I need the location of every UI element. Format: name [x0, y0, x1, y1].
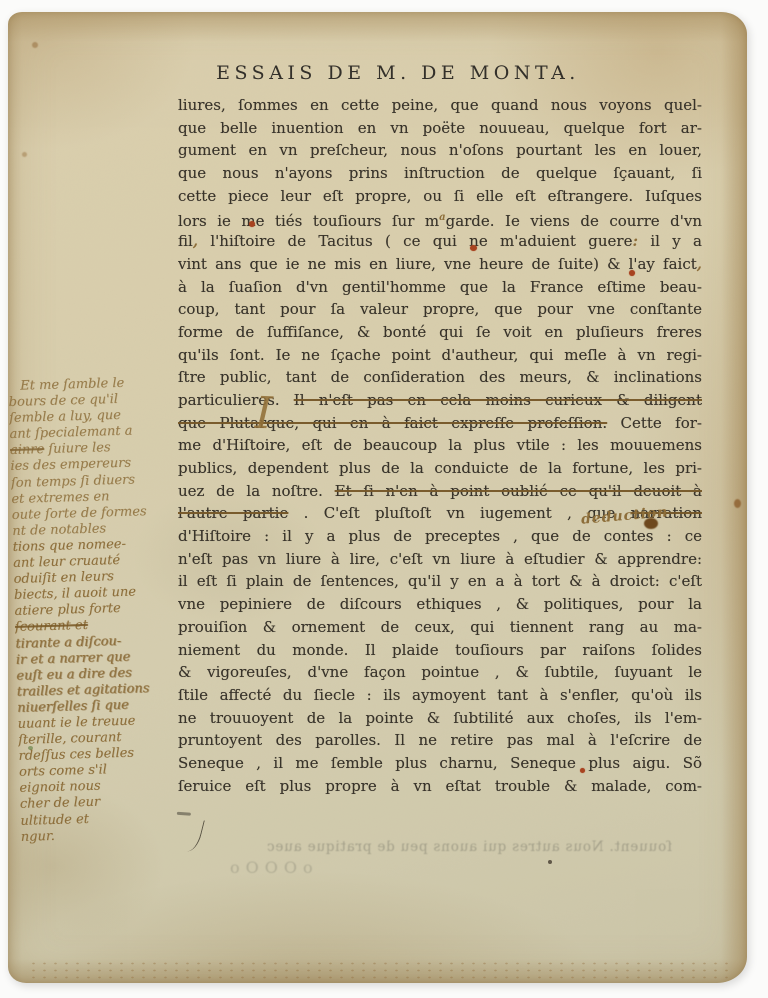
text-segment: liures, ſommes en cette peine, que quand… — [178, 96, 702, 114]
text-segment: à la ſuaſion d'vn gentil'homme que la Fr… — [178, 278, 702, 296]
text-segment: qu'ils ſont. Ie ne ſçache point d'autheu… — [178, 346, 702, 364]
handwritten-initial-insertion: I — [254, 392, 273, 437]
book-page: ESSAIS DE M. DE MONTA. liures, ſommes en… — [8, 12, 747, 983]
text-segment: rdeſſus ces belles — [18, 746, 134, 764]
print-line: n'eſt pas vn liure à lire, c'eſt vn liur… — [178, 548, 702, 571]
print-line: Seneque , il me ſemble plus charnu, Sene… — [178, 752, 702, 775]
verso-bleedthrough-ornament: oOOOo — [224, 858, 313, 877]
print-line: que nous n'ayons prins inſtruction de qu… — [178, 162, 702, 185]
print-line: fil, l'hiſtoire de Tacitus ( ce qui ne m… — [178, 230, 702, 253]
text-segment: il eſt ſi plain de ſentences, qu'il y en… — [178, 572, 702, 590]
print-line: liures, ſommes en cette peine, que quand… — [178, 94, 702, 117]
print-line: d'Hiſtoire : il y a plus de preceptes , … — [178, 525, 702, 548]
text-segment: prouiſion & ornement de ceux, qui tienne… — [178, 618, 702, 636]
print-line: niement du monde. Il plaide touſiours pa… — [178, 639, 702, 662]
red-ink-dot — [629, 270, 635, 276]
text-segment: ſtile affecté du ſiecle : ils aymoyent t… — [178, 686, 702, 704]
print-line: lors ie me tiés touſiours ſur magarde. I… — [178, 207, 702, 230]
text-segment: cher de leur — [20, 795, 101, 812]
verso-bleedthrough-text: ſouuent. Nous autres qui auons peu de pr… — [148, 839, 672, 855]
struck-text: ſcourant et — [15, 618, 88, 635]
text-segment: niuerſelles ſi que — [17, 698, 129, 716]
text-segment: atiere plus forte — [14, 601, 121, 619]
struck-text: que Plutarque, qui en à faict expreſſe p… — [178, 414, 607, 432]
green-speck — [28, 746, 33, 750]
print-line: ne trouuoyent de la pointe & ſubtilité a… — [178, 707, 702, 730]
text-segment: d'Hiſtoire : il y a plus de preceptes , … — [178, 527, 702, 545]
print-line: il eſt ſi plain de ſentences, qu'il y en… — [178, 570, 702, 593]
print-line: ſtile affecté du ſiecle : ils aymoyent t… — [178, 684, 702, 707]
text-segment: tions que nomee- — [12, 537, 126, 555]
text-segment: l'hiſtoire de Tacitus ( ce qui ne m'adui… — [198, 232, 632, 250]
handwritten-marginalia: Et me ſamble lebours de ce qu'ilſemble a… — [8, 374, 193, 845]
text-segment: orts come s'il — [19, 763, 107, 780]
ink-speck — [548, 860, 552, 864]
text-segment: nt de notables — [12, 521, 106, 539]
text-segment: Et me ſamble le — [20, 376, 124, 394]
text-segment: Cette for- — [607, 414, 702, 432]
text-segment: cette piece leur eſt propre, ou ſi elle … — [178, 187, 702, 205]
red-ink-dot — [580, 768, 585, 773]
text-segment: vne pepiniere de diſcours ethiques , & p… — [178, 595, 702, 613]
text-segment: bours de ce qu'il — [8, 392, 118, 410]
text-segment: pruntoyent des parolles. Il ne retire pa… — [178, 731, 702, 749]
struck-text: Et ſi n'en à point oublié ce qu'il deuoi… — [335, 482, 702, 500]
text-segment: lors ie me tiés touſiours ſur m — [178, 212, 439, 230]
text-segment: me d'Hiſtoire, eſt de beaucoup la plus v… — [178, 436, 702, 454]
struck-text: Il n'eſt pas en cela moins curieux & dil… — [294, 391, 702, 409]
ink-blot — [734, 499, 741, 508]
print-line: à la ſuaſion d'vn gentil'homme que la Fr… — [178, 276, 702, 299]
text-segment: et extremes en — [11, 489, 109, 507]
text-segment: ant leur cruauté — [13, 553, 120, 571]
ink-blot — [644, 518, 658, 529]
text-segment: ſuiure les — [44, 441, 111, 458]
text-segment: uez de la noſtre. — [178, 482, 335, 500]
foxing-speckles — [28, 960, 731, 980]
text-segment: ſtre public, tant de conſideration des m… — [178, 368, 702, 386]
text-segment: ſeruice eſt plus propre à vn eſtat troub… — [178, 777, 702, 795]
print-line: uez de la noſtre. Et ſi n'en à point oub… — [178, 480, 702, 503]
text-segment: vint ans que ie ne mis en liure, vne heu… — [178, 255, 697, 273]
text-segment: gument en vn preſcheur, nous n'oſons pou… — [178, 141, 702, 159]
print-line: cette piece leur eſt propre, ou ſi elle … — [178, 185, 702, 208]
print-line: ſeruice eſt plus propre à vn eſtat troub… — [178, 775, 702, 798]
text-segment: ne trouuoyent de la pointe & ſubtilité a… — [178, 709, 702, 727]
print-line: gument en vn preſcheur, nous n'oſons pou… — [178, 139, 702, 162]
text-segment: Seneque , il me ſemble plus charnu, Sene… — [178, 754, 702, 772]
text-segment: ſterille, courant — [18, 730, 122, 748]
print-line: publics, dependent plus de la conduicte … — [178, 457, 702, 480]
paper-stain — [32, 42, 38, 48]
print-line: qu'ils ſont. Ie ne ſçache point d'autheu… — [178, 344, 702, 367]
print-line: coup, tant pour ſa valeur propre, que po… — [178, 298, 702, 321]
text-segment: . C'eſt pluſtoſt vn iugement , que — [288, 504, 630, 522]
text-segment: publics, dependent plus de la conduicte … — [178, 459, 702, 477]
text-segment: & vigoreuſes, d'vne façon pointue , & ſu… — [178, 663, 702, 681]
text-segment: euſt eu a dire des — [16, 665, 132, 683]
print-line: vint ans que ie ne mis en liure, vne heu… — [178, 253, 702, 276]
print-line: forme de ſuffiſance, & bonté qui ſe voit… — [178, 321, 702, 344]
text-segment: eignoit nous — [19, 779, 101, 796]
red-ink-dot — [249, 221, 255, 227]
hand-correction: , — [697, 255, 702, 273]
text-segment: tirante a diſcou- — [15, 633, 121, 651]
text-segment: ſemble a luy, que — [9, 408, 121, 426]
print-line: vne pepiniere de diſcours ethiques , & p… — [178, 593, 702, 616]
text-segment: que belle inuention en vn poëte nouueau,… — [178, 119, 702, 137]
printed-text-block: liures, ſommes en cette peine, que quand… — [178, 94, 702, 797]
text-segment: particulieres. — [178, 391, 294, 409]
print-line: prouiſion & ornement de ceux, qui tienne… — [178, 616, 702, 639]
text-segment: fil — [178, 232, 193, 250]
struck-text: l'autre partie — [178, 504, 288, 522]
text-segment: oduiſit en leurs — [13, 569, 114, 587]
paper-stain — [22, 152, 27, 157]
print-line: que belle inuention en vn poëte nouueau,… — [178, 117, 702, 140]
running-header: ESSAIS DE M. DE MONTA. — [158, 62, 638, 84]
struck-text: ainre — [10, 442, 45, 458]
text-segment: ngur. — [21, 829, 55, 845]
text-segment: ir et a narrer que — [16, 649, 131, 667]
text-segment: garde. Ie viens de courre d'vn — [446, 212, 702, 230]
text-segment: ultitude et — [20, 811, 89, 828]
red-ink-dot — [470, 245, 477, 251]
text-segment: que nous n'ayons prins inſtruction de qu… — [178, 164, 702, 182]
text-segment: il y a — [638, 232, 702, 250]
text-segment: forme de ſuffiſance, & bonté qui ſe voit… — [178, 323, 702, 341]
print-line: & vigoreuſes, d'vne façon pointue , & ſu… — [178, 661, 702, 684]
text-segment: n'eſt pas vn liure à lire, c'eſt vn liur… — [178, 550, 702, 568]
print-line: ſtre public, tant de conſideration des m… — [178, 366, 702, 389]
text-segment: niement du monde. Il plaide touſiours pa… — [178, 641, 702, 659]
text-segment: coup, tant pour ſa valeur propre, que po… — [178, 300, 702, 318]
print-line: pruntoyent des parolles. Il ne retire pa… — [178, 729, 702, 752]
